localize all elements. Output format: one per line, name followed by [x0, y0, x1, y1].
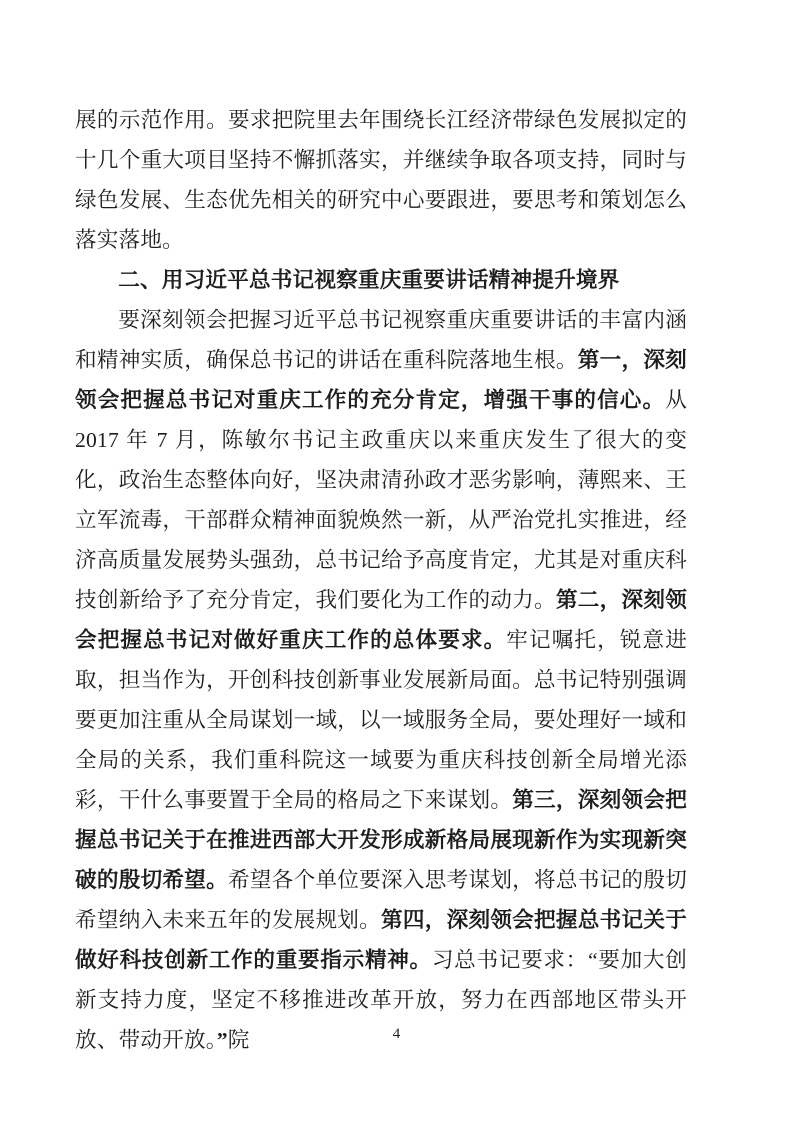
page-number: 4	[0, 1024, 793, 1044]
text-run: 从 2017 年 7 月，陈敏尔书记主政重庆以来重庆发生了很大的变化，政治生态整…	[75, 388, 687, 612]
section-heading: 二、用习近平总书记视察重庆重要讲话精神提升境界	[75, 260, 687, 300]
paragraph-main: 要深刻领会把握习近平总书记视察重庆重要讲话的丰富内涵和精神实质，确保总书记的讲话…	[75, 300, 687, 1060]
text-run-bold: 二、用习近平总书记视察重庆重要讲话精神提升境界	[118, 268, 619, 292]
paragraph-continuation: 展的示范作用。要求把院里去年围绕长江经济带绿色发展拟定的十几个重大项目坚持不懈抓…	[75, 100, 687, 260]
document-body: 展的示范作用。要求把院里去年围绕长江经济带绿色发展拟定的十几个重大项目坚持不懈抓…	[75, 100, 687, 1060]
text-run: 展的示范作用。要求把院里去年围绕长江经济带绿色发展拟定的十几个重大项目坚持不懈抓…	[75, 108, 687, 252]
document-page: 展的示范作用。要求把院里去年围绕长江经济带绿色发展拟定的十几个重大项目坚持不懈抓…	[0, 0, 793, 1122]
text-run: 牢记嘱托，锐意进取，担当作为，开创科技创新事业发展新局面。总书记特别强调要更加注…	[75, 628, 687, 812]
